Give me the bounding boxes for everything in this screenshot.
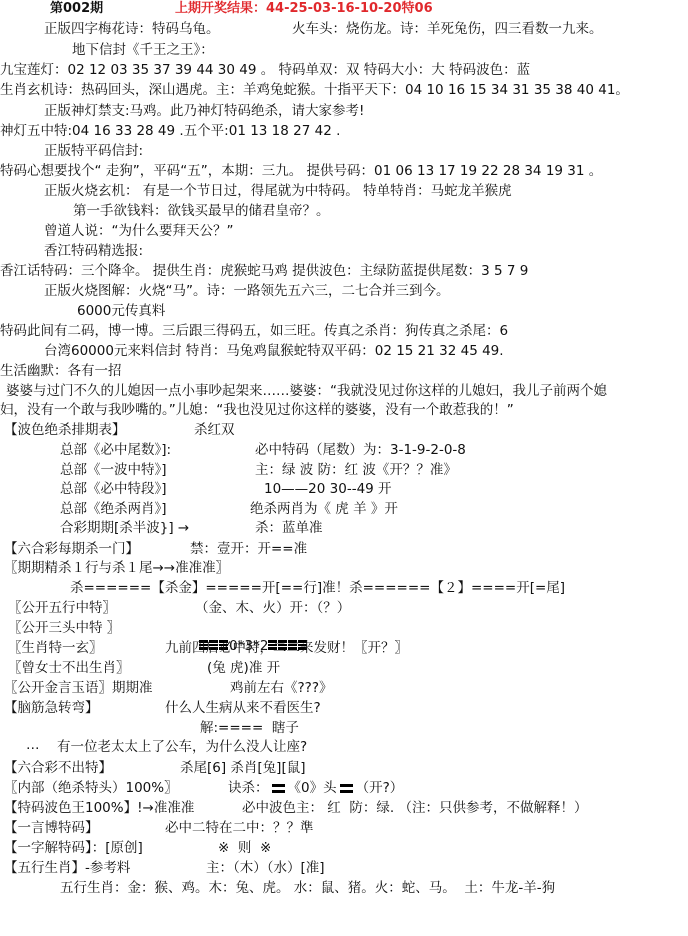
five-element-zodiac-list: 五行生肖：金：猴、鸡。木：兔、虎。 水：鼠、猪。火：蛇、马。 土：牛龙-羊-狗 <box>60 879 555 897</box>
ms-zeng-value: (兔 虎)准 开 <box>207 659 280 677</box>
half-wave-label: 合彩期期[杀半波}] → <box>60 519 189 537</box>
five-element-zodiac-label: 【五行生肖】-参考料 <box>4 859 130 877</box>
bus-riddle: 有一位老太太上了公车，为什么没人让座? <box>57 738 307 756</box>
one-word-bet-value: 必中二特在二中：？？準 <box>165 819 314 837</box>
special-letter-title: 正版特平码信封: <box>44 142 143 160</box>
no-special-value: 杀尾[6] 杀肖[兔][鼠] <box>180 759 305 777</box>
one-char-value: ※ 则 ※ <box>218 839 271 857</box>
one-word-bet-label: 【一言博特码】 <box>4 819 99 837</box>
humor-title: 生活幽默：各有一招 <box>0 362 122 380</box>
golden-words-value: 鸡前左右《???》 <box>230 679 333 697</box>
last-draw-result: 上期开奖结果：44-25-03-16-10-20特06 <box>175 0 433 18</box>
taiwan-letter: 台湾60000元来料信封 特肖：马兔鸡鼠猴蛇特双平码：02 15 21 32 4… <box>44 342 504 360</box>
five-element-zodiac-value: 主：（木）（水）[准] <box>206 859 325 877</box>
zodiac-mystery-value: 九前四后必中特，二二来发财！〖开？〗 <box>165 639 408 657</box>
underground-letter-title: 地下信封《千王之王》： <box>72 41 214 59</box>
kill-prefix: 诀杀： <box>228 780 269 796</box>
lamp-five-numbers: 神灯五中特:04 16 33 28 49 .五个平:01 13 18 27 42… <box>0 122 340 140</box>
kill-door-label: 【六合彩每期杀一门】 <box>4 540 139 558</box>
bar-symbol <box>272 784 285 793</box>
brain-teaser-label: 【脑筋急转弯】 <box>4 699 99 717</box>
no-special-label: 【六合彩不出特】 <box>4 759 112 777</box>
wave-schedule-label: 【波色绝杀排期表】 <box>4 421 126 439</box>
special-code-wish: 特码心想要找个“ 走狗”，平码“五”，本期：三九。 提供号码：01 06 13 … <box>0 162 602 180</box>
fire-diagram: 正版火烧图解：火烧“马”。诗：一路领先五六三，二七合并三到今。 <box>44 282 450 300</box>
train-head: 火车头：烧伤龙。诗：羊死兔伤，四三看数一九来。 <box>292 20 603 38</box>
kill-two-value: 绝杀两肖为《 虎 羊 》开 <box>250 500 398 518</box>
one-char-label: 【一字解特码】：[原创] <box>4 839 143 857</box>
three-head-label: 〖公开三头中特 〗 <box>8 619 120 637</box>
brain-teaser-question: 什么人生病从来不看医生? <box>165 699 321 717</box>
kill-open: （开?） <box>356 780 404 796</box>
wave-king-label: 【特码波色王100%】!→准准准 <box>4 799 194 817</box>
fax-material-title: 6000元传真料 <box>77 302 165 320</box>
row-tail-kill: 〖期期精杀１行与杀１尾→→准准准〗 <box>4 559 229 577</box>
bar-symbol <box>340 784 353 793</box>
wave-schedule-value: 杀红双 <box>194 421 235 439</box>
wave-king-value: 必中波色主： 红 防：绿. （注：只供参考，不做解释！） <box>242 799 587 817</box>
fax-special-code: 特码此间有二码，博一博。三后跟三得码五，如三旺。传真之杀肖：狗传真之杀尾：6 <box>0 322 508 340</box>
brain-teaser-answer: 解:==== 瞎子 <box>200 719 299 737</box>
internal-kill-label: 〖内部（绝杀特头）100%〗 <box>4 779 178 797</box>
plum-poem: 正版四字梅花诗：特码乌龟。 <box>44 20 220 38</box>
humor-line-2: 妇，没有一个敢与我吵嘴的。”儿媳：“我也没见过你这样的婆婆，没有一个敢惹我的！” <box>0 401 514 419</box>
internal-kill-value: 诀杀：《0》头（开?） <box>228 779 403 797</box>
fire-mystery: 正版火烧玄机： 有是一个节日过，得尾就为中特码。 特单特肖：马蛇龙羊猴虎 <box>44 182 512 200</box>
ms-zeng-label: 〖曾女士不出生肖〗 <box>8 659 130 677</box>
five-element-label: 〖公开五行中特〗 <box>8 599 116 617</box>
kill-door-value: 禁：壹开：开==准 <box>190 540 307 558</box>
xiangjiang-title: 香江特码精选报: <box>44 242 143 260</box>
lotus-lamp-numbers: 九宝莲灯：02 12 03 35 37 39 44 30 49 。 特码单双：双… <box>0 61 530 79</box>
segment-value: 10——20 30--49 开 <box>264 480 392 498</box>
half-wave-value: 杀：蓝单准 <box>255 519 323 537</box>
first-hand-riddle: 第一手欲钱料：欲钱买最早的储君皇帝？。 <box>73 202 330 220</box>
xiangjiang-code: 香江话特码：三个降伞。 提供生肖：虎猴蛇马鸡 提供波色：主绿防蓝提供尾数：3 5… <box>0 262 528 280</box>
tail-label: 总部《必中尾数》]: <box>60 441 171 459</box>
humor-line-1: 婆婆与过门不久的儿媳因一点小事吵起架来……婆婆：“我就没见过你这样的儿媳妇，我儿… <box>6 382 607 400</box>
zodiac-poem: 生肖玄机诗：热码回头，深山遇虎。主：羊鸡兔蛇猴。十指平天下：04 10 16 1… <box>0 81 629 99</box>
ellipsis: … <box>26 736 40 754</box>
kill-two-label: 总部《绝杀两肖》] <box>60 500 167 518</box>
five-element-value: （金、木、火）开：（？） <box>195 599 350 617</box>
issue-number: 第002期 <box>50 0 103 18</box>
wave-value: 主：绿 波 防：红 波《开？？准》 <box>255 461 457 479</box>
tail-value: 必中特码（尾数）为：3-1-9-2-0-8 <box>255 441 466 459</box>
segment-label: 总部《必中特段》] <box>60 480 167 498</box>
kill-head: 《0》头 <box>288 780 337 796</box>
taoist-saying: 曾道人说：“为什么要拜天公？” <box>44 222 234 240</box>
zodiac-mystery-label: 〖生肖特一玄〗 <box>8 639 103 657</box>
wave-label: 总部《一波中特》] <box>60 461 167 479</box>
golden-words-label: 〖公开金言玉语〗期期准 <box>4 679 153 697</box>
kill-gold-line: 杀======【杀金】=====开[==行]准！杀======【２】====开[… <box>70 579 565 597</box>
lamp-ban: 正版神灯禁支:马鸡。此乃神灯特码绝杀，请大家参考! <box>44 102 364 120</box>
